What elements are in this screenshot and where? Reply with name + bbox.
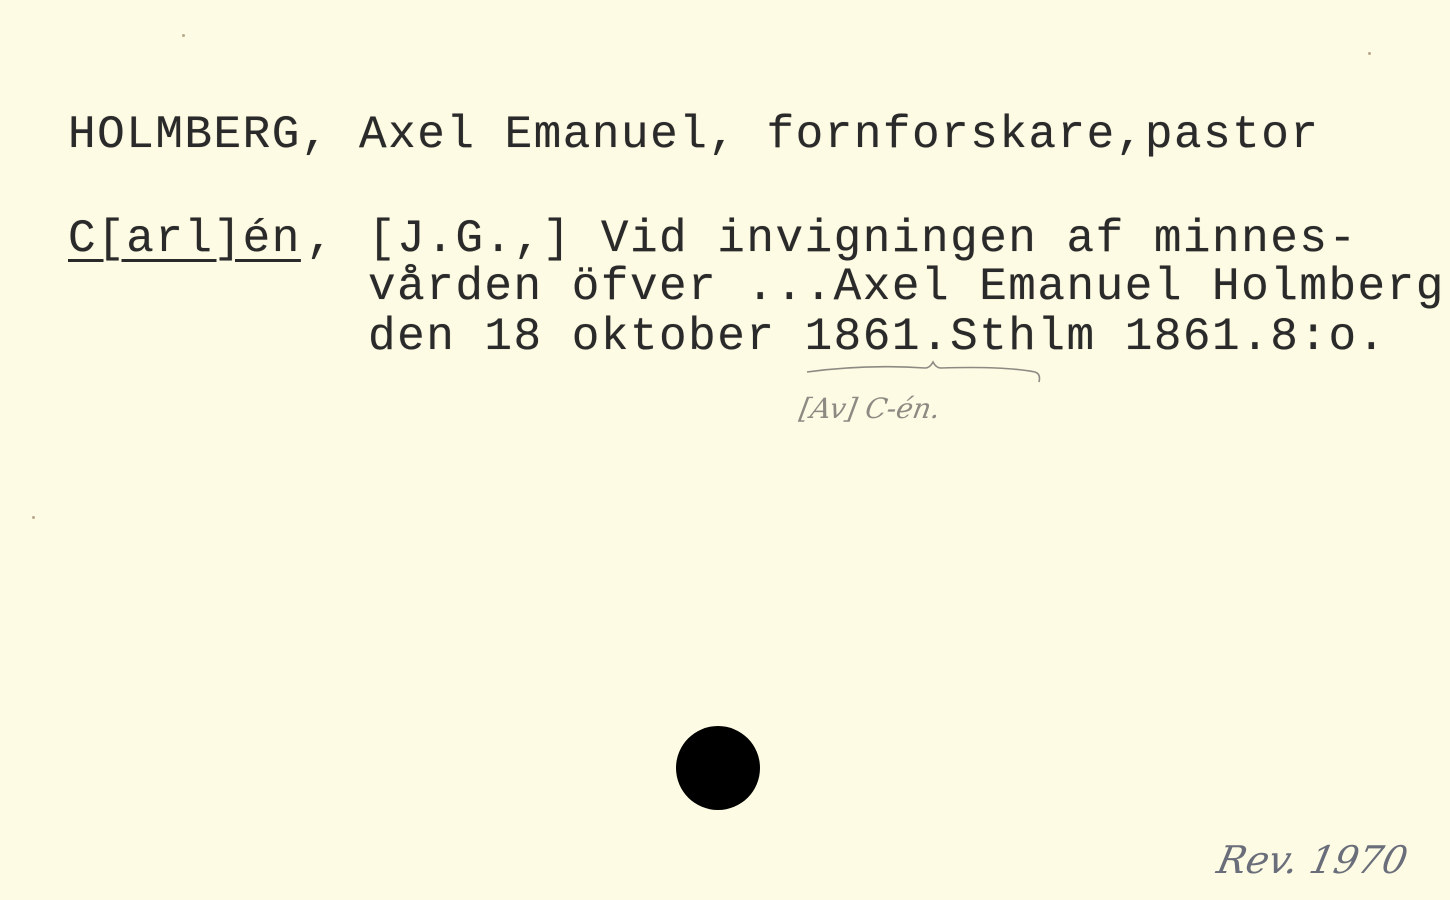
handwritten-annotation: [Av] C-én. (797, 392, 943, 425)
catalog-card: HOLMBERG, Axel Emanuel, fornforskare,pas… (0, 0, 1450, 900)
paper-speck (1368, 52, 1371, 55)
author-name: C[arl]én (68, 216, 301, 262)
punch-hole (676, 726, 760, 810)
subject-heading: HOLMBERG, Axel Emanuel, fornforskare,pas… (68, 112, 1320, 158)
paper-speck (182, 34, 185, 37)
revision-note: Rev. 1970 (1213, 838, 1411, 882)
title-line-3: den 18 oktober 1861.Sthlm 1861.8:o. (368, 314, 1387, 360)
title-line-1: [J.G.,] Vid invigningen af minnes- (368, 216, 1358, 262)
handwritten-brace-icon (805, 358, 1045, 388)
author-comma: , (306, 216, 335, 262)
title-line-2: vården öfver ...Axel Emanuel Holmberg (368, 264, 1445, 310)
paper-speck (32, 516, 35, 519)
